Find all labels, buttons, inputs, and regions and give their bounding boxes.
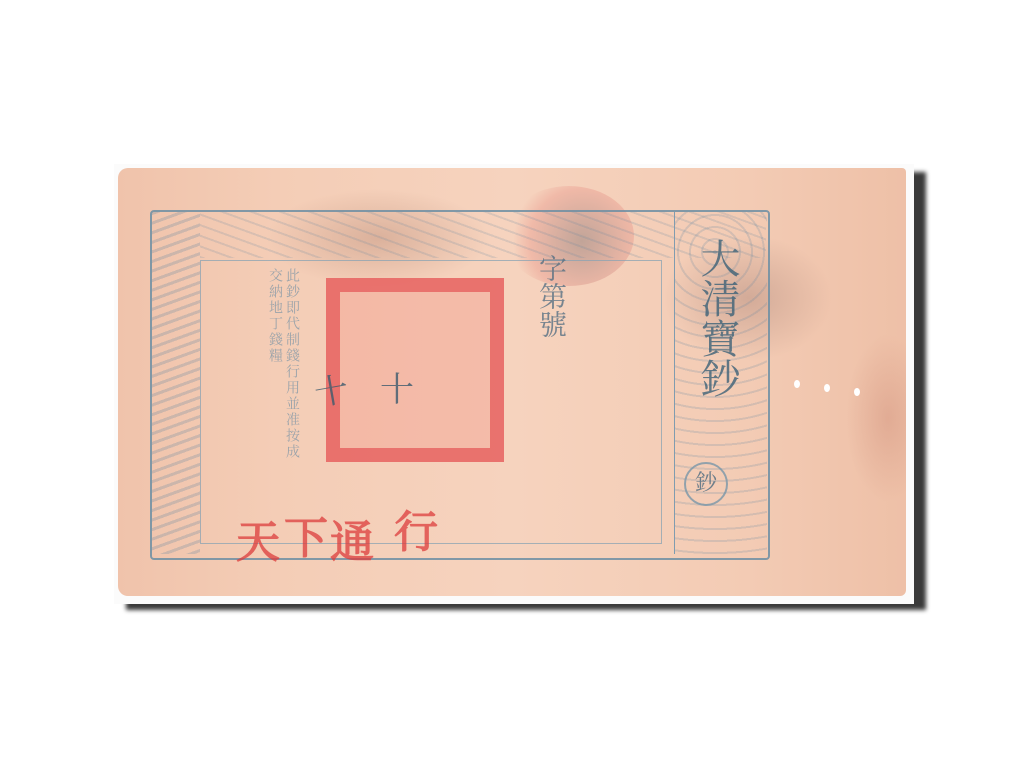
- seal-char-3: 通: [330, 506, 374, 570]
- banknote: 此鈔即代制錢行用並准按成交納地丁錢糧 十 十 字第號 大清寶鈔 鈔 天 下 通 …: [118, 168, 906, 596]
- red-bottom-seal: 天 下 通 行: [218, 432, 538, 592]
- seal-char-2: 下: [284, 502, 328, 566]
- corner-denomination-mark: 鈔: [684, 462, 728, 506]
- seal-char-1: 天: [236, 506, 280, 570]
- note-title: 大清寶鈔: [692, 238, 748, 398]
- left-wave-ornament: [152, 212, 200, 554]
- seal-char-4: 行: [394, 496, 438, 560]
- handwritten-character-2: 十: [380, 362, 414, 411]
- serial-number-column: 字第號: [534, 254, 568, 338]
